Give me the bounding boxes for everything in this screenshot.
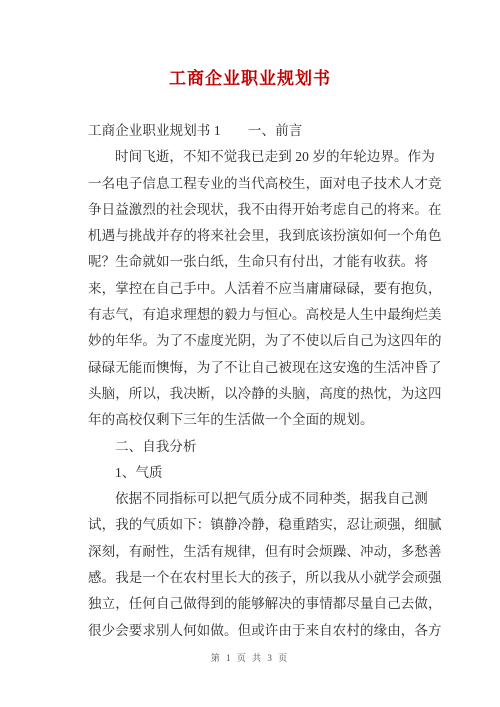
text-line: 机遇与挑战并存的将来社会里，我到底该扮演如何一个角色 (88, 223, 444, 249)
text-line: 来，掌控在自己手中。人活着不应当庸庸碌碌，要有抱负， (88, 276, 444, 302)
text-line: 年的高校仅剩下三年的生活做一个全面的规划。 (88, 407, 444, 433)
document-body-text: 工商企业职业规划书 1 一、前言时间飞逝，不知不觉我已走到 20 岁的年轮边界。… (88, 118, 444, 644)
text-line: 时间飞逝，不知不觉我已走到 20 岁的年轮边界。作为 (88, 144, 444, 170)
text-line: 试，我的气质如下：镇静冷静，稳重踏实，忍让顽强，细腻 (88, 512, 444, 538)
text-line: 二、自我分析 (88, 434, 444, 460)
text-line: 有志气，有追求理想的毅力与恒心。高校是人生中最绚烂美 (88, 302, 444, 328)
text-line: 1、气质 (88, 460, 444, 486)
text-line: 深刻，有耐性，生活有规律，但有时会烦躁、冲动，多愁善 (88, 539, 444, 565)
document-title: 工商企业职业规划书 (0, 64, 500, 89)
page-number-footer: 第 1 页 共 3 页 (0, 651, 500, 664)
text-line: 很少会要求别人何如做。但或许由于来自农村的缘由，各方 (88, 618, 444, 644)
text-line: 争日益激烈的社会现状，我不由得开始考虑自己的将来。在 (88, 197, 444, 223)
text-line: 碌碌无能而懊悔，为了不让自己被现在这安逸的生活冲昏了 (88, 355, 444, 381)
document-page: 工商企业职业规划书 工商企业职业规划书 1 一、前言时间飞逝，不知不觉我已走到 … (0, 0, 500, 707)
text-line: 依据不同指标可以把气质分成不同种类，据我自己测 (88, 486, 444, 512)
text-line: 工商企业职业规划书 1 一、前言 (88, 118, 444, 144)
text-line: 一名电子信息工程专业的当代高校生，面对电子技术人才竞 (88, 171, 444, 197)
text-line: 妙的年华。为了不虚度光阴，为了不使以后自己为这四年的 (88, 328, 444, 354)
text-line: 呢？生命就如一张白纸，生命只有付出，才能有收获。将 (88, 249, 444, 275)
text-line: 头脑，所以，我决断，以冷静的头脑，高度的热忱，为这四 (88, 381, 444, 407)
text-line: 感。我是一个在农村里长大的孩子，所以我从小就学会顽强 (88, 565, 444, 591)
text-line: 独立，任何自己做得到的能够解决的事情都尽量自己去做， (88, 591, 444, 617)
